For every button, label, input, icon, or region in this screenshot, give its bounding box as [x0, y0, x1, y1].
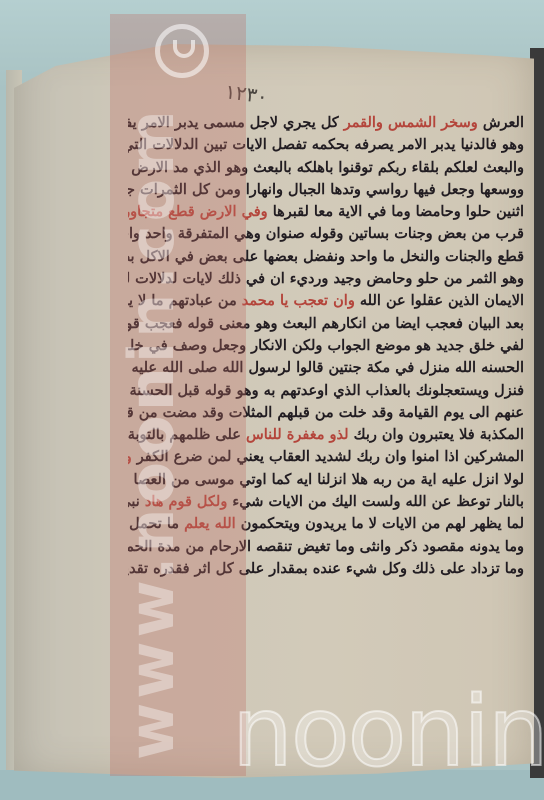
watermark-logo-icon [155, 24, 209, 78]
line-text: المكذبة فلا يعتبرون وان ربك [349, 426, 524, 443]
line-text: اثنين حلوا وحامضا وما في الاية معا لقبره… [268, 203, 524, 220]
watermark-vertical-text: www.noonin.com [115, 106, 188, 760]
line-text: لما يظهر لهم من الايات لا ما يريدون ويتح… [236, 515, 524, 532]
line-text: بالنار توعظ عن الله ولست اليك من الايات … [227, 493, 524, 510]
rubric-text: وسخر الشمس والقمر [344, 114, 478, 131]
line-text: الايمان الذين عقلوا عن الله [355, 292, 524, 309]
watermark-bottom-text: noonin [232, 676, 544, 788]
rubric-text: وان تعجب يا محمد [242, 292, 355, 309]
line-text: العرش [478, 114, 524, 131]
rubric-text: لذو مغفرة للناس [246, 426, 349, 443]
